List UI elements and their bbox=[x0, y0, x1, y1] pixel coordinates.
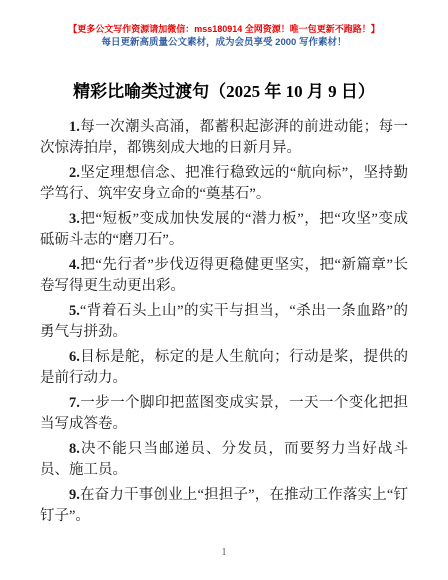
item-text: “背着石头上山”的实干与担当，“杀出一条血路”的勇气与拼劲。 bbox=[40, 303, 408, 340]
page-title: 精彩比喻类过渡句（2025 年 10 月 9 日） bbox=[40, 80, 408, 104]
paragraph-item: 6.目标是舵，标定的是人生航向；行动是桨，提供的是前行动力。 bbox=[40, 347, 408, 388]
item-number: 2. bbox=[69, 165, 80, 181]
item-number: 1. bbox=[69, 119, 80, 135]
promo-line-blue: 每日更新高质量公文素材，成为会员享受 2000 写作素材！ bbox=[40, 36, 408, 50]
item-number: 3. bbox=[69, 211, 80, 227]
page-number: 1 bbox=[0, 547, 448, 558]
item-number: 6. bbox=[69, 349, 80, 365]
item-text: 坚定理想信念、把准行稳致远的“航向标”，坚持勤学笃行、筑牢安身立命的“奠基石”。 bbox=[40, 165, 408, 202]
document-page: 【更多公文写作资源请加微信：mss180914 全网资源！唯一包更新不跑路！】 … bbox=[0, 0, 448, 580]
document-body: 1.每一次潮头高涌，都蓄积起澎湃的前进动能；每一次惊涛拍岸，都镌刻成大地的日新月… bbox=[40, 117, 408, 526]
promo-line-red: 【更多公文写作资源请加微信：mss180914 全网资源！唯一包更新不跑路！】 bbox=[40, 22, 408, 36]
item-number: 9. bbox=[69, 487, 80, 503]
item-number: 5. bbox=[69, 303, 80, 319]
paragraph-item: 7.一步一个脚印把蓝图变成实景，一天一个变化把担当写成答卷。 bbox=[40, 393, 408, 434]
item-text: 每一次潮头高涌，都蓄积起澎湃的前进动能；每一次惊涛拍岸，都镌刻成大地的日新月异。 bbox=[40, 119, 408, 156]
paragraph-item: 5.“背着石头上山”的实干与担当，“杀出一条血路”的勇气与拼劲。 bbox=[40, 301, 408, 342]
item-text: 目标是舵，标定的是人生航向；行动是桨，提供的是前行动力。 bbox=[40, 349, 408, 386]
item-number: 4. bbox=[69, 257, 80, 273]
paragraph-item: 3.把“短板”变成加快发展的“潜力板”，把“攻坚”变成砥砺斗志的“磨刀石”。 bbox=[40, 209, 408, 250]
paragraph-item: 2.坚定理想信念、把准行稳致远的“航向标”，坚持勤学笃行、筑牢安身立命的“奠基石… bbox=[40, 163, 408, 204]
item-text: 把“先行者”步伐迈得更稳健更坚实，把“新篇章”长卷写得更生动更出彩。 bbox=[40, 257, 408, 294]
paragraph-item: 9.在奋力干事创业上“担担子”，在推动工作落实上“钉钉子”。 bbox=[40, 485, 408, 526]
item-text: 把“短板”变成加快发展的“潜力板”，把“攻坚”变成砥砺斗志的“磨刀石”。 bbox=[40, 211, 408, 248]
item-text: 在奋力干事创业上“担担子”，在推动工作落实上“钉钉子”。 bbox=[40, 487, 408, 524]
item-text: 一步一个脚印把蓝图变成实景，一天一个变化把担当写成答卷。 bbox=[40, 395, 408, 432]
item-number: 8. bbox=[69, 441, 80, 457]
paragraph-item: 8.决不能只当邮递员、分发员，而要努力当好战斗员、施工员。 bbox=[40, 439, 408, 480]
paragraph-item: 4.把“先行者”步伐迈得更稳健更坚实，把“新篇章”长卷写得更生动更出彩。 bbox=[40, 255, 408, 296]
paragraph-item: 1.每一次潮头高涌，都蓄积起澎湃的前进动能；每一次惊涛拍岸，都镌刻成大地的日新月… bbox=[40, 117, 408, 158]
item-number: 7. bbox=[69, 395, 80, 411]
item-text: 决不能只当邮递员、分发员，而要努力当好战斗员、施工员。 bbox=[40, 441, 408, 478]
promo-header: 【更多公文写作资源请加微信：mss180914 全网资源！唯一包更新不跑路！】 … bbox=[40, 22, 408, 50]
